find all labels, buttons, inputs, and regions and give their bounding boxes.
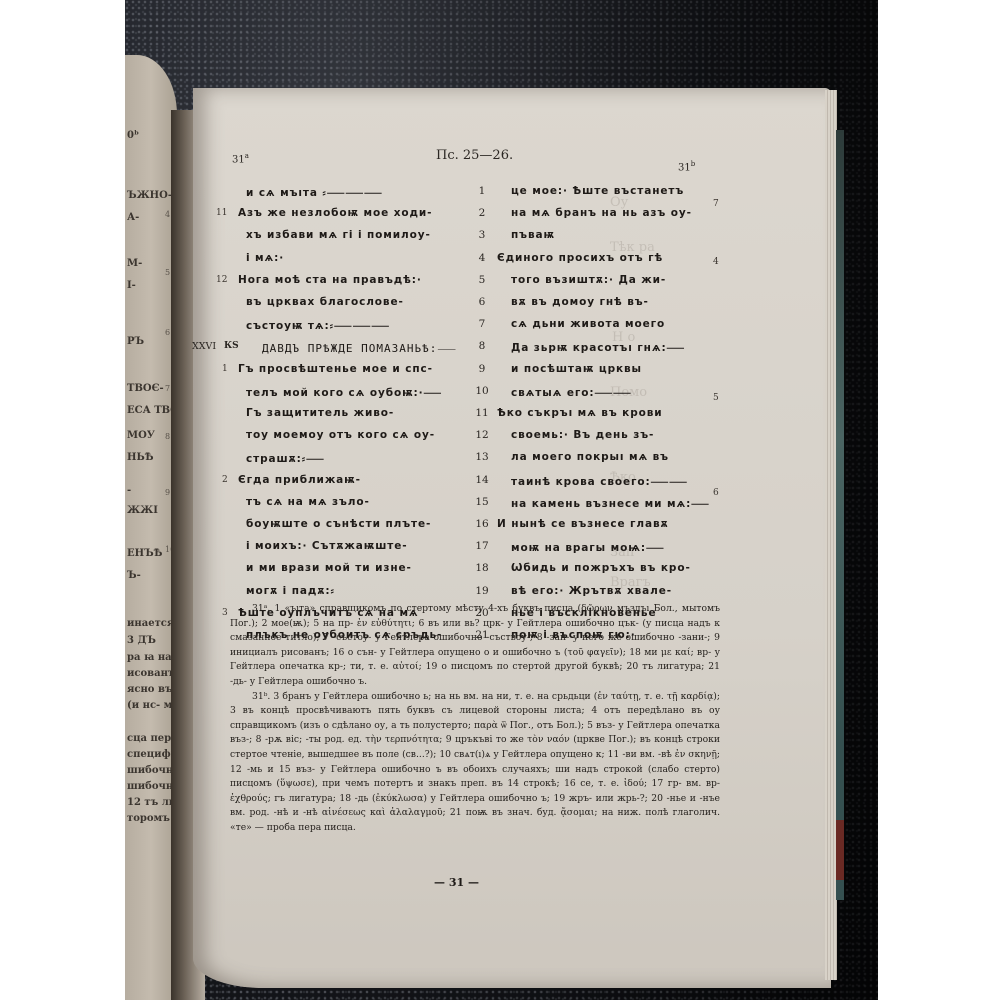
left-page-text-fragment: сца пере-	[127, 733, 177, 744]
verse-number: 11	[216, 208, 227, 218]
footnotes: 31ᵃ. 1 «ъıта» справщикомъ по стертому мѣ…	[230, 602, 720, 836]
folio-right-number: 31	[678, 162, 691, 173]
line-number: 16	[469, 518, 495, 530]
verse-line: и ми врази мой ти изне-	[246, 562, 412, 574]
left-page-text-fragment: ЕНЪѢ	[127, 548, 162, 559]
line-number: 14	[469, 474, 495, 486]
left-page-text-fragment: Ι-	[127, 280, 136, 291]
left-page-text-fragment: НЬѢ	[127, 452, 154, 463]
verse-line: Ѡбидь и пожръхъ въ кро-	[511, 562, 691, 574]
psalm-number-slavonic: КЅ	[224, 341, 239, 351]
left-page-text-fragment: ТВОЄ-	[127, 383, 164, 394]
line-number: 3	[469, 229, 495, 241]
verse-line: Азъ же незлобоѭ мое ходи-	[238, 207, 432, 219]
margin-verse-number: 6	[713, 488, 719, 498]
left-page-text-fragment: шибочно ъ	[127, 765, 177, 776]
verse-line: вѣ его:· Жрътвѫ хвале-	[511, 585, 672, 597]
verse-line: вѫ въ домоу гнѣ въ-	[511, 296, 649, 308]
margin-verse-number: 7	[713, 199, 719, 209]
footnote-31a: 31ᵃ. 1 «ъıта» справщикомъ по стертому мѣ…	[230, 602, 720, 690]
line-number: 18	[469, 562, 495, 574]
verse-line: ДАВДЪ ПРѢЖДЕ ПОМАЗАНЬѢ:⸺	[262, 340, 457, 356]
margin-verse-number: 4	[713, 257, 719, 267]
left-page-text-fragment: ЖЖI	[127, 505, 158, 516]
verse-line: и сѧ мъıта ⸗⸺⸺⸺	[246, 185, 383, 200]
line-number: 7	[469, 318, 495, 330]
left-page-text-fragment: инается	[127, 618, 174, 629]
line-number: 6	[469, 296, 495, 308]
verse-line: того възиштѫ:· Да жи-	[511, 274, 666, 286]
verse-number: 3	[222, 608, 228, 618]
right-page	[193, 88, 831, 988]
bookmark-ribbon-red	[836, 820, 844, 880]
line-number: 8	[469, 340, 495, 352]
left-page-margin-number: 4	[165, 210, 170, 219]
left-page-text-fragment: 12 тъ ли-	[127, 797, 177, 808]
verse-line: ла моего покрыı мѧ въ	[511, 451, 669, 463]
left-page-text-fragment: специфич.	[127, 749, 177, 760]
left-page-text-fragment: 0ᵇ	[127, 130, 139, 141]
left-page-margin-number: 9	[165, 488, 170, 497]
verse-line: могѫ і падѫ:⸗	[246, 585, 335, 597]
left-page-text-fragment: ЪЖНО-	[127, 190, 172, 201]
verse-line: Нога моѣ ста на правъдѣ:·	[238, 274, 422, 286]
verse-line: И нынѣ се възнесе главѫ	[497, 518, 669, 530]
verse-line: на камень възнесе ми мѧ:⸺	[511, 496, 710, 511]
left-page-text-fragment: Ъ-	[127, 570, 141, 581]
verse-line: Гъ защититель живо-	[246, 407, 394, 419]
verse-line: Єгда приближаѭ-	[238, 474, 361, 486]
line-number: 9	[469, 363, 495, 375]
page-number: — 31 —	[434, 876, 479, 889]
left-page-text-fragment: МОУ	[127, 430, 155, 441]
margin-verse-number: 5	[713, 393, 719, 403]
verse-line: Да зьрѭ красотъı гнѧ:⸺	[511, 340, 685, 355]
left-page-text-fragment: (и нс- мн	[127, 700, 177, 711]
verse-line: таинѣ крова своего:⸺⸺	[511, 474, 688, 489]
left-page-text-fragment: торомъ ъ;	[127, 813, 177, 824]
verse-line: моѭ на врагы моѩ:⸺	[511, 540, 665, 555]
verse-line: тъ сѧ на мѧ зъло-	[246, 496, 370, 508]
left-page-text-fragment: исованъ;	[127, 668, 177, 679]
verse-line: хъ избави мѧ гі і помилоу-	[246, 229, 431, 241]
verse-line: сѧ дьни живота моего	[511, 318, 665, 330]
left-page-text-fragment: ЕСА ТВОѢ:·	[127, 405, 177, 416]
bookmark-ribbon	[836, 130, 844, 900]
verse-number: 1	[222, 364, 228, 374]
verse-number: 12	[216, 275, 227, 285]
left-page-text-fragment: М-	[127, 258, 142, 269]
page-title: Пс. 25—26.	[436, 148, 513, 163]
left-page-margin-number: 8	[165, 432, 170, 441]
line-number: 12	[469, 429, 495, 441]
line-number: 15	[469, 496, 495, 508]
verse-line: страшѫ:⸗⸺	[246, 451, 325, 466]
verse-line: Ѣко съкръı мѧ въ крови	[497, 407, 663, 419]
line-number: 11	[469, 407, 495, 419]
verse-line: боуѭште о сънѣсти плъте-	[246, 518, 431, 530]
line-number: 4	[469, 252, 495, 264]
verse-line: своемь:· Въ день зъ-	[511, 429, 654, 441]
verse-line: въ црквах благослове-	[246, 296, 404, 308]
left-page-text-fragment: 3 ДЪ	[127, 635, 156, 646]
left-page-text-fragment: ра ꙗ на-	[127, 652, 176, 663]
verse-line: і мѧ:·	[246, 252, 284, 264]
line-number: 2	[469, 207, 495, 219]
verse-line: състоуѭ тѧ:⸗⸺⸺⸺	[246, 318, 390, 333]
folio-left-number: 31	[232, 154, 245, 165]
footnote-31b: 31ᵇ. 3 бранъ у Гейтлера ошибочно ь; на н…	[230, 690, 720, 836]
verse-line: телъ мой кого сѧ оубоѭ:·⸺	[246, 385, 442, 400]
folio-left-sup: a	[245, 152, 249, 160]
folio-right: 31b	[678, 160, 695, 173]
folio-right-sup: b	[691, 160, 695, 168]
left-page-text-fragment: РЪ	[127, 336, 144, 347]
verse-line: і моихъ:· Сътѫжаѭште-	[246, 540, 408, 552]
psalm-number: XXVI	[192, 341, 216, 352]
line-number: 17	[469, 540, 495, 552]
line-number: 10	[469, 385, 495, 397]
left-page-text-fragment: -	[127, 485, 131, 496]
verse-line: пъваѭ	[511, 229, 555, 241]
line-number: 13	[469, 451, 495, 463]
verse-line: на мѧ бранъ на нь азъ оу-	[511, 207, 692, 219]
verse-line: Гъ просвѣштенье мое и спс-	[238, 363, 433, 375]
verse-line: свѧтыѧ его:⸺⸺	[511, 385, 632, 400]
left-page-curl: 0ᵇЪЖНО-А-М-Ι-РЪТВОЄ-ЕСА ТВОѢ:·МОУНЬѢ-ЖЖI…	[125, 55, 177, 1000]
line-number: 5	[469, 274, 495, 286]
left-page-margin-number: 7	[165, 384, 170, 393]
verse-line: тоу моемоу отъ кого сѧ оу-	[246, 429, 435, 441]
verse-line: и посѣштаѭ црквы	[511, 363, 642, 375]
verse-line: це мое:· Ѣште въстанетъ	[511, 185, 684, 197]
verse-number: 2	[222, 475, 228, 485]
folio-left: 31a	[232, 152, 249, 165]
left-page-margin-number: 6	[165, 328, 170, 337]
left-page-text-fragment: ясно въ	[127, 684, 173, 695]
verse-line: Єдиного просихъ отъ гѣ	[497, 252, 663, 264]
left-page-margin-number: 5	[165, 268, 170, 277]
line-number: 19	[469, 585, 495, 597]
line-number: 1	[469, 185, 495, 197]
left-page-text-fragment: А-	[127, 212, 139, 223]
left-page-text-fragment: шибочно ъ;	[127, 781, 177, 792]
